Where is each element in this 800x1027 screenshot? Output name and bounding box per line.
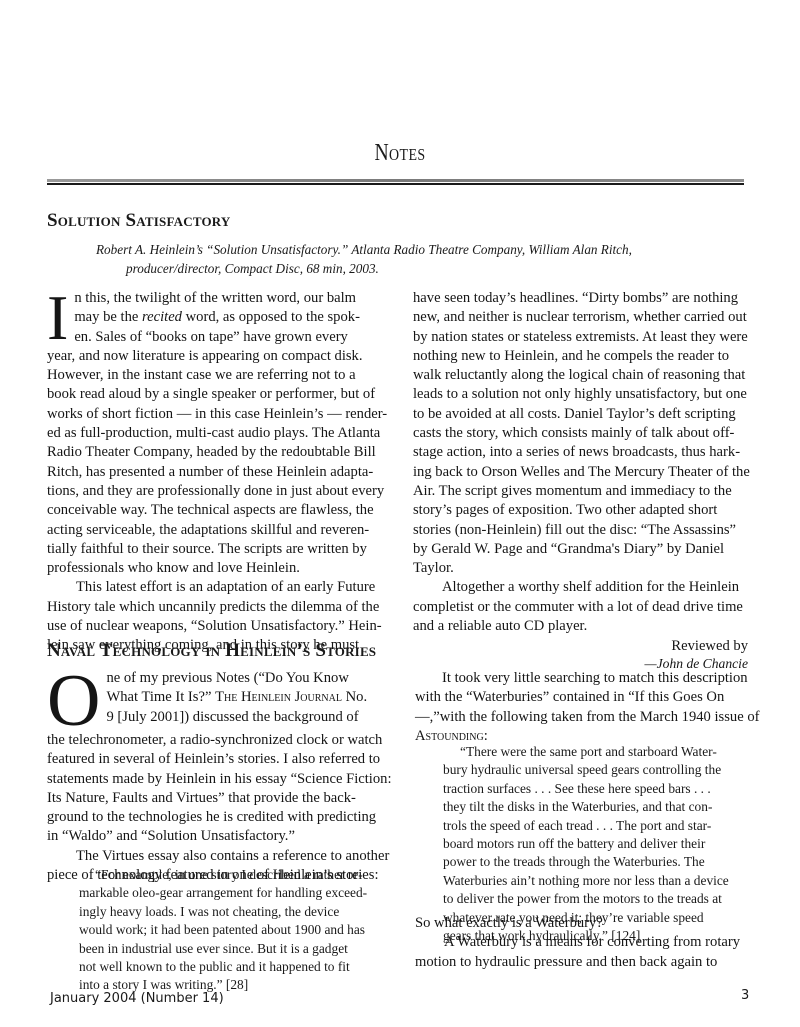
citation-line-1: Robert A. Heinlein’s “Solution Unsatisfa… (96, 240, 632, 259)
text-line: Its Nature, Faults and Virtues” that pro… (47, 789, 397, 808)
text-line: casts the story, which consists mainly o… (413, 424, 753, 443)
footer-issue: January 2004 (Number 14) (50, 991, 224, 1006)
text-line: professionals who know and love Heinlein… (47, 559, 387, 578)
text-line: walk reluctantly along the logical chain… (413, 366, 753, 385)
article2-right-column-continued: So what exactly is a Waterbury? A Waterb… (415, 914, 755, 972)
text-line: year, and now literature is appearing on… (47, 347, 387, 366)
article1-citation: Robert A. Heinlein’s “Solution Unsatisfa… (96, 240, 632, 278)
article1-right-column: have seen today’s headlines. “Dirty bomb… (413, 289, 753, 636)
citation-line-2: producer/director, Compact Disc, 68 min,… (96, 259, 632, 278)
text-line: leads to a solution not only highly unsa… (413, 385, 753, 404)
text-line: story’s pages of exposition. Two other a… (413, 501, 753, 520)
text-line: may be the recited word, as opposed to t… (47, 308, 387, 327)
article2-blockquote-1: “For example, in one story I described a… (79, 866, 399, 995)
article2-title: Naval Technology in Heinlein’s Stories (47, 640, 376, 662)
text-line: Taylor. (413, 559, 753, 578)
text-line: book read aloud by a single speaker or p… (47, 385, 387, 404)
text-line: by Gerald W. Page and “Grandma's Diary” … (413, 540, 753, 559)
text-line: stage action, into a series of news broa… (413, 443, 753, 462)
text-line: Ritch, has presented a number of these H… (47, 463, 387, 482)
quote-line: to deliver the power from the motors to … (443, 890, 763, 908)
text-line: in “Waldo” and “Solution Unsatisfactory.… (47, 827, 397, 846)
text-line: by nation states or stateless extremists… (413, 328, 753, 347)
text-line: have seen today’s headlines. “Dirty bomb… (413, 289, 753, 308)
dropcap-o: O (47, 671, 100, 731)
text-line: This latest effort is an adaptation of a… (47, 578, 387, 597)
text-line: motion to hydraulic pressure and then ba… (415, 953, 755, 972)
quote-line: bury hydraulic universal speed gears con… (443, 761, 763, 779)
text-line: to be avoided at all costs. Daniel Taylo… (413, 405, 753, 424)
text-line: History tale which uncannily predicts th… (47, 598, 387, 617)
quote-line: ingly heavy loads. I was not cheating, t… (79, 903, 399, 921)
text-line: en. Sales of “books on tape” have grown … (47, 328, 387, 347)
text-line: new, and neither is nuclear terrorism, w… (413, 308, 753, 327)
text-line: and a reliable auto CD player. (413, 617, 753, 636)
text-line: n this, the twilight of the written word… (47, 289, 387, 308)
article1-left-column: I n this, the twilight of the written wo… (47, 289, 387, 656)
text-line: completist or the commuter with a lot of… (413, 598, 753, 617)
text-line: the telechronometer, a radio-synchronize… (47, 731, 397, 750)
quote-line: not well known to the public and it happ… (79, 958, 399, 976)
text-line: —,”with the following taken from the Mar… (415, 708, 755, 727)
text-line: statements made by Heinlein in his essay… (47, 770, 397, 789)
text-line: featured in several of Heinlein’s storie… (47, 750, 397, 769)
text-line: Air. The script gives momentum and immed… (413, 482, 753, 501)
quote-line: would work; it had been patented about 1… (79, 921, 399, 939)
quote-line: “For example, in one story I described a… (79, 866, 399, 884)
article2-right-column: It took very little searching to match t… (415, 669, 755, 746)
quote-line: traction surfaces . . . See these here s… (443, 780, 763, 798)
text-line: tially faithful to their source. The scr… (47, 540, 387, 559)
article2-left-column: O ne of my previous Notes (“Do You Know … (47, 669, 397, 885)
quote-line: trols the speed of each tread . . . The … (443, 817, 763, 835)
header-rule (47, 179, 744, 185)
text-line: with the “Waterburies” contained in “If … (415, 688, 755, 707)
dropcap-i: I (47, 293, 68, 343)
text-line: nothing new to Heinlein, and he compels … (413, 347, 753, 366)
quote-line: power to the treads through the Waterbur… (443, 853, 763, 871)
text-line: conceivable way. The technical aspects a… (47, 501, 387, 520)
header-rule-black (47, 183, 744, 185)
article1-title: Solution Satisfactory (47, 210, 231, 232)
text-line: acting serviceable, the adaptations skil… (47, 521, 387, 540)
text-line: works of short fiction — in this case He… (47, 405, 387, 424)
page-title: Notes (72, 140, 728, 167)
quote-line: “There were the same port and starboard … (443, 743, 763, 761)
quote-line: markable oleo-gear arrangement for handl… (79, 884, 399, 902)
header-rule-gray (47, 179, 744, 182)
text-line: ing back to Orson Welles and The Mercury… (413, 463, 753, 482)
text-line: stories (non-Heinlein) fill out the disc… (413, 521, 753, 540)
text-line: use of nuclear weapons, “Solution Unsati… (47, 617, 387, 636)
page-number: 3 (741, 988, 749, 1003)
quote-line: board motors run off the battery and del… (443, 835, 763, 853)
text-line: tions, and they are professionally done … (47, 482, 387, 501)
text-line: However, in the instant case we are refe… (47, 366, 387, 385)
text-line: Radio Theater Company, headed by the red… (47, 443, 387, 462)
text-line: ed as full-production, multi-cast audio … (47, 424, 387, 443)
text-line: The Virtues essay also contains a refere… (47, 847, 397, 866)
text-line: A Waterbury is a means for converting fr… (415, 933, 755, 952)
quote-line: Waterburies ain’t nothing more nor less … (443, 872, 763, 890)
text-line: It took very little searching to match t… (415, 669, 755, 688)
quote-line: been in industrial use ever since. But i… (79, 940, 399, 958)
text-line: So what exactly is a Waterbury? (415, 914, 755, 933)
quote-line: they tilt the disks in the Waterburies, … (443, 798, 763, 816)
text-line: ground to the technologies he is credite… (47, 808, 397, 827)
text-line: Altogether a worthy shelf addition for t… (413, 578, 753, 597)
